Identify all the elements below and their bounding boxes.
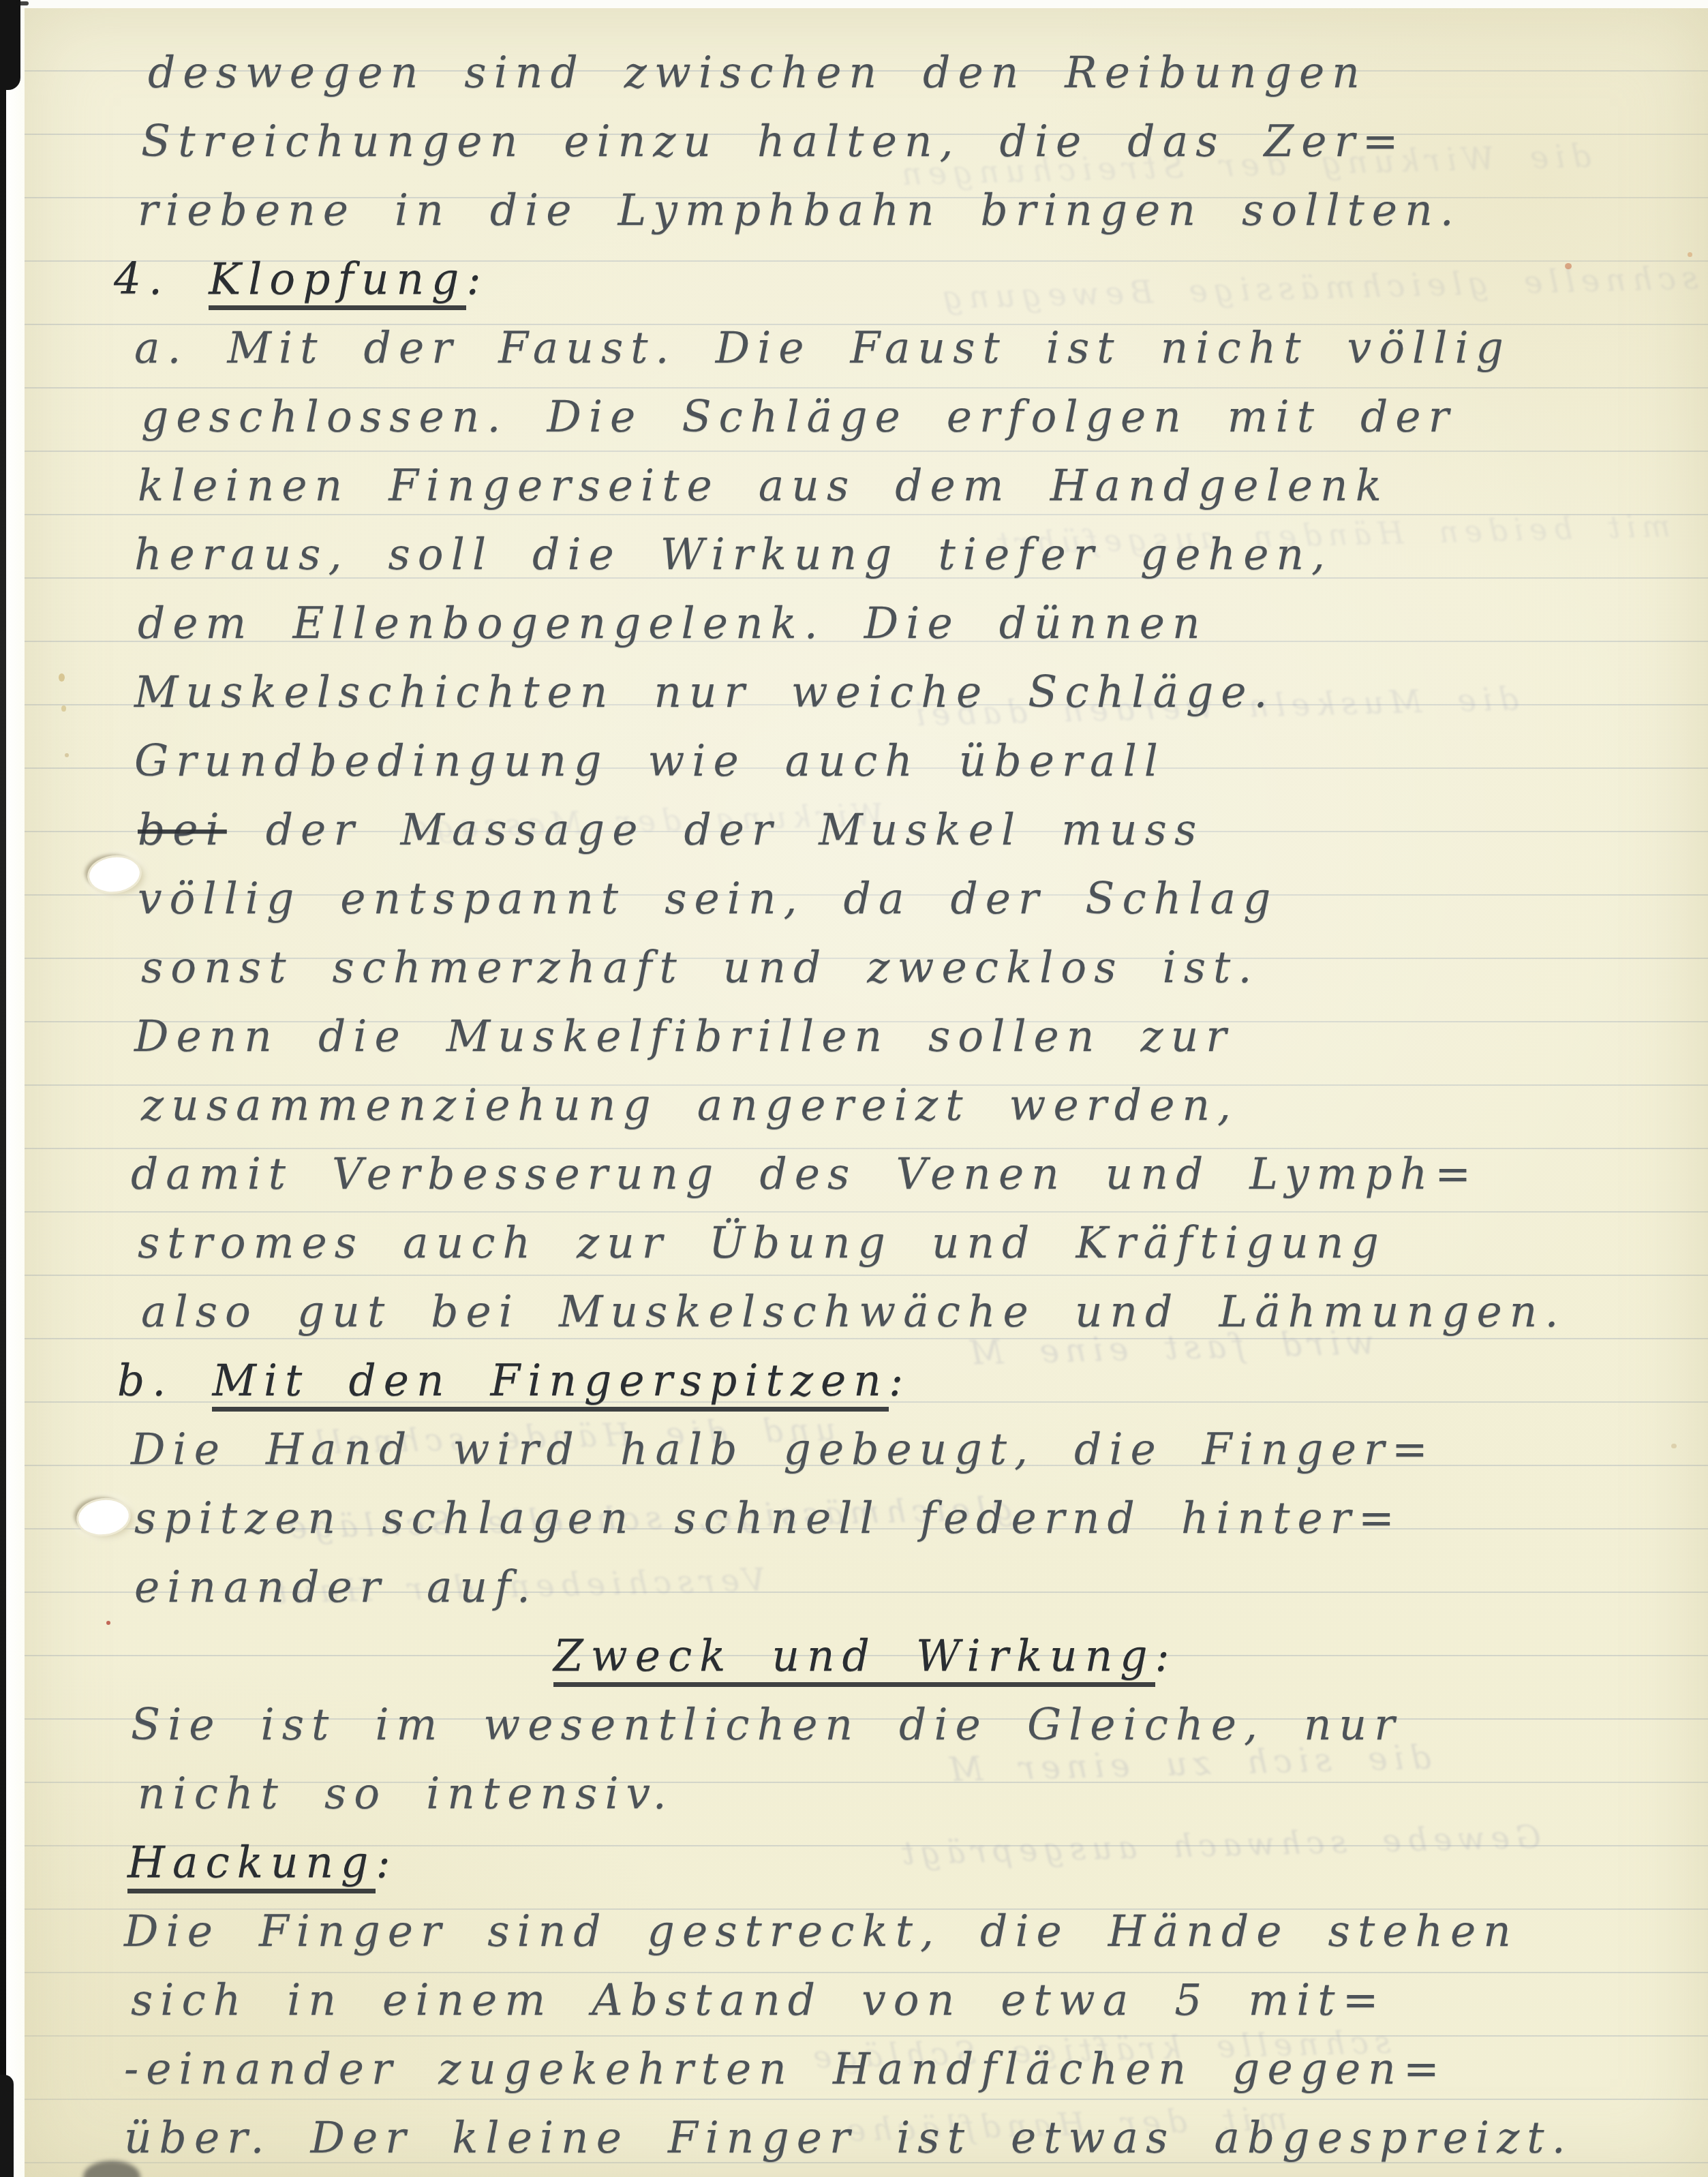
handwritten-text: Sie ist im wesentlichen die Gleiche, nur <box>131 1700 1402 1750</box>
text-line: riebene in die Lymphbahn bringen sollten… <box>138 176 1708 245</box>
text-line: dem Ellenbogengelenk. Die dünnen <box>138 589 1708 658</box>
underlined-heading-text: Klopfung <box>209 254 466 310</box>
text-line: a. Mit der Faust. Die Faust ist nicht vö… <box>134 314 1708 382</box>
text-line: zusammenziehung angereizt werden, <box>141 1071 1708 1140</box>
underlined-heading-text: Zweck und Wirkung <box>553 1631 1155 1687</box>
text-line: Die Hand wird halb gebeugt, die Finger= <box>131 1415 1708 1484</box>
heading-line: Zweck und Wirkung: <box>553 1622 1708 1690</box>
underlined-heading-text: Hackung <box>127 1838 376 1893</box>
text-line: Denn die Muskelfibrillen sollen zur <box>134 1002 1708 1071</box>
scanner-edge-mark-top <box>0 0 20 90</box>
handwritten-text: heraus, soll die Wirkung tiefer gehen, <box>134 530 1332 579</box>
text-line: damit Verbesserung des Venen und Lymph= <box>131 1140 1708 1208</box>
struck-word: bei <box>138 805 227 855</box>
handwriting-text: deswegen sind zwischen den ReibungenStre… <box>23 8 1708 2172</box>
underlined-heading-text: Mit den Fingerspitzen <box>212 1356 889 1412</box>
handwritten-text: : <box>889 1356 911 1405</box>
handwritten-text: sich in einem Abstand von etwa 5 mit= <box>131 1975 1386 2025</box>
heading-line: 4. Klopfung: <box>114 245 1708 314</box>
age-spot <box>1688 252 1692 257</box>
handwritten-text: Denn die Muskelfibrillen sollen zur <box>134 1011 1234 1061</box>
text-line: nicht so intensiv. <box>138 1759 1708 1828</box>
handwritten-text: über. Der kleine Finger ist etwas abgesp… <box>124 2113 1573 2163</box>
text-line: sich in einem Abstand von etwa 5 mit= <box>131 1966 1708 2035</box>
handwritten-text: a. Mit der Faust. Die Faust ist nicht vö… <box>134 323 1511 373</box>
text-line: über. Der kleine Finger ist etwas abgesp… <box>124 2103 1708 2172</box>
age-spot <box>59 673 65 682</box>
text-line: Streichungen einzu halten, die das Zer= <box>141 107 1708 176</box>
handwritten-text: b. <box>117 1356 212 1405</box>
handwritten-text: damit Verbesserung des Venen und Lymph= <box>131 1149 1478 1199</box>
handwritten-text: Die Finger sind gestreckt, die Hände ste… <box>124 1906 1519 1956</box>
age-spot <box>1565 263 1572 269</box>
handwritten-text: spitzen schlagen schnell federnd hinter= <box>134 1493 1402 1543</box>
scanned-notebook-page: die Wirkung der Streichungenschnelle gle… <box>0 0 1708 2177</box>
text-line: Die Finger sind gestreckt, die Hände ste… <box>124 1897 1708 1966</box>
text-line: geschlossen. Die Schläge erfolgen mit de… <box>141 382 1708 451</box>
text-line: Sie ist im wesentlichen die Gleiche, nur <box>131 1690 1708 1759</box>
handwritten-text: stromes auch zur Übung und Kräftigung <box>138 1218 1386 1268</box>
handwritten-text: der Massage der Muskel muss <box>227 805 1204 855</box>
scan-white-margin <box>6 0 25 2177</box>
text-line: -einander zugekehrten Handflächen gegen= <box>124 2035 1708 2103</box>
age-spot <box>61 705 66 712</box>
handwritten-text: -einander zugekehrten Handflächen gegen= <box>124 2044 1447 2094</box>
scanner-edge-strip <box>0 0 6 2177</box>
handwritten-text: : <box>376 1838 397 1887</box>
heading-line: Hackung: <box>127 1828 1708 1897</box>
handwritten-text: völlig entspannt sein, da der Schlag <box>138 874 1278 924</box>
ink-dot <box>106 1621 110 1625</box>
handwritten-text: einander auf. <box>134 1562 538 1612</box>
handwritten-text: Muskelschichten nur weiche Schläge. <box>134 667 1275 717</box>
text-line: stromes auch zur Übung und Kräftigung <box>138 1208 1708 1277</box>
handwritten-text: kleinen Fingerseite aus dem Handgelenk <box>138 461 1389 511</box>
text-line: sonst schmerzhaft und zwecklos ist. <box>141 933 1708 1002</box>
text-line: völlig entspannt sein, da der Schlag <box>138 864 1708 933</box>
heading-line: b. Mit den Fingerspitzen: <box>117 1346 1708 1415</box>
ink-dot <box>16 1 29 5</box>
text-line: einander auf. <box>134 1553 1708 1622</box>
scan-top-strip <box>0 0 1708 8</box>
text-line: kleinen Fingerseite aus dem Handgelenk <box>138 451 1708 520</box>
text-line: Muskelschichten nur weiche Schläge. <box>134 658 1708 727</box>
handwritten-text: Streichungen einzu halten, die das Zer= <box>141 117 1406 166</box>
text-line: spitzen schlagen schnell federnd hinter= <box>134 1484 1708 1553</box>
handwritten-text: : <box>466 254 488 304</box>
handwritten-text: dem Ellenbogengelenk. Die dünnen <box>138 598 1208 648</box>
text-line: Grundbedingung wie auch überall <box>134 727 1708 795</box>
handwritten-text: Grundbedingung wie auch überall <box>134 736 1165 786</box>
handwritten-text: : <box>1155 1631 1177 1681</box>
handwritten-text: 4. <box>114 254 209 304</box>
text-line: also gut bei Muskelschwäche und Lähmunge… <box>141 1277 1708 1346</box>
handwritten-text: sonst schmerzhaft und zwecklos ist. <box>141 943 1259 992</box>
age-spot <box>65 753 69 757</box>
handwritten-text: Die Hand wird halb gebeugt, die Finger= <box>131 1425 1435 1474</box>
paper-sheet: die Wirkung der Streichungenschnelle gle… <box>23 8 1708 2177</box>
handwritten-text: geschlossen. Die Schläge erfolgen mit de… <box>141 392 1457 442</box>
handwritten-text: deswegen sind zwischen den Reibungen <box>148 48 1367 97</box>
handwritten-text: riebene in die Lymphbahn bringen sollten… <box>138 185 1461 235</box>
text-line: bei der Massage der Muskel muss <box>138 795 1708 864</box>
handwritten-text: also gut bei Muskelschwäche und Lähmunge… <box>141 1287 1566 1337</box>
text-line: deswegen sind zwischen den Reibungen <box>148 38 1708 107</box>
handwritten-text: nicht so intensiv. <box>138 1769 674 1818</box>
text-line: heraus, soll die Wirkung tiefer gehen, <box>134 520 1708 589</box>
handwritten-text: zusammenziehung angereizt werden, <box>141 1080 1238 1130</box>
scanner-edge-mark-bottom <box>0 2075 14 2177</box>
age-spot <box>1671 1444 1677 1448</box>
